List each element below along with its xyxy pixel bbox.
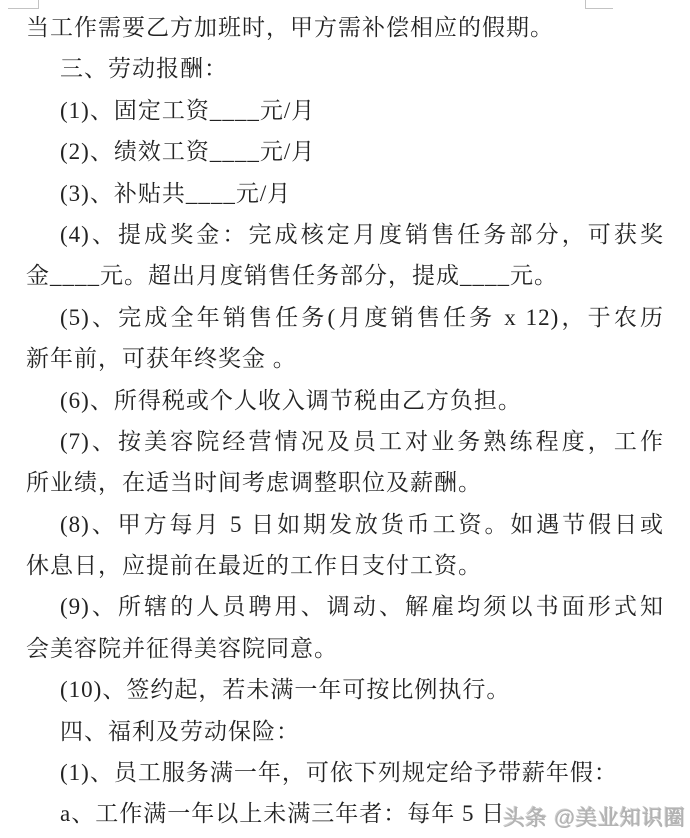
doc-section-heading: 三、劳动报酬： — [26, 48, 664, 89]
doc-line: 金____元。超出月度销售任务部分，提成____元。 — [26, 255, 664, 296]
doc-line: 休息日，应提前在最近的工作日支付工资。 — [26, 545, 664, 586]
doc-line: 所业绩，在适当时间考虑调整职位及薪酬。 — [26, 462, 664, 503]
doc-section-heading: 四、福利及劳动保险： — [26, 711, 664, 752]
doc-line: (5)、完成全年销售任务(月度销售任务 x 12)，于农历 — [26, 297, 664, 338]
doc-line: (1)、固定工资____元/月 — [26, 90, 664, 131]
document-body: 当工作需要乙方加班时，甲方需补偿相应的假期。 三、劳动报酬： (1)、固定工资_… — [26, 7, 664, 835]
doc-line: (6)、所得税或个人收入调节税由乙方负担。 — [26, 380, 664, 421]
doc-line: (1)、员工服务满一年，可依下列规定给予带薪年假： — [26, 752, 664, 793]
doc-line: (4)、提成奖金：完成核定月度销售任务部分，可获奖 — [26, 214, 664, 255]
doc-line: (8)、甲方每月 5 日如期发放货币工资。如遇节假日或 — [26, 504, 664, 545]
doc-line: (2)、绩效工资____元/月 — [26, 131, 664, 172]
doc-line: 会美容院并征得美容院同意。 — [26, 628, 664, 669]
doc-line: (10)、签约起，若未满一年可按比例执行。 — [26, 669, 664, 710]
doc-line: (9)、所辖的人员聘用、调动、解雇均须以书面形式知 — [26, 586, 664, 627]
doc-line: 新年前，可获年终奖金 。 — [26, 338, 664, 379]
doc-line: 当工作需要乙方加班时，甲方需补偿相应的假期。 — [26, 7, 664, 48]
doc-line: (3)、补贴共____元/月 — [26, 173, 664, 214]
doc-line: (7)、按美容院经营情况及员工对业务熟练程度，工作 — [26, 421, 664, 462]
watermark-toutiao-badge: 头条 @美业知识圈 — [504, 802, 686, 832]
